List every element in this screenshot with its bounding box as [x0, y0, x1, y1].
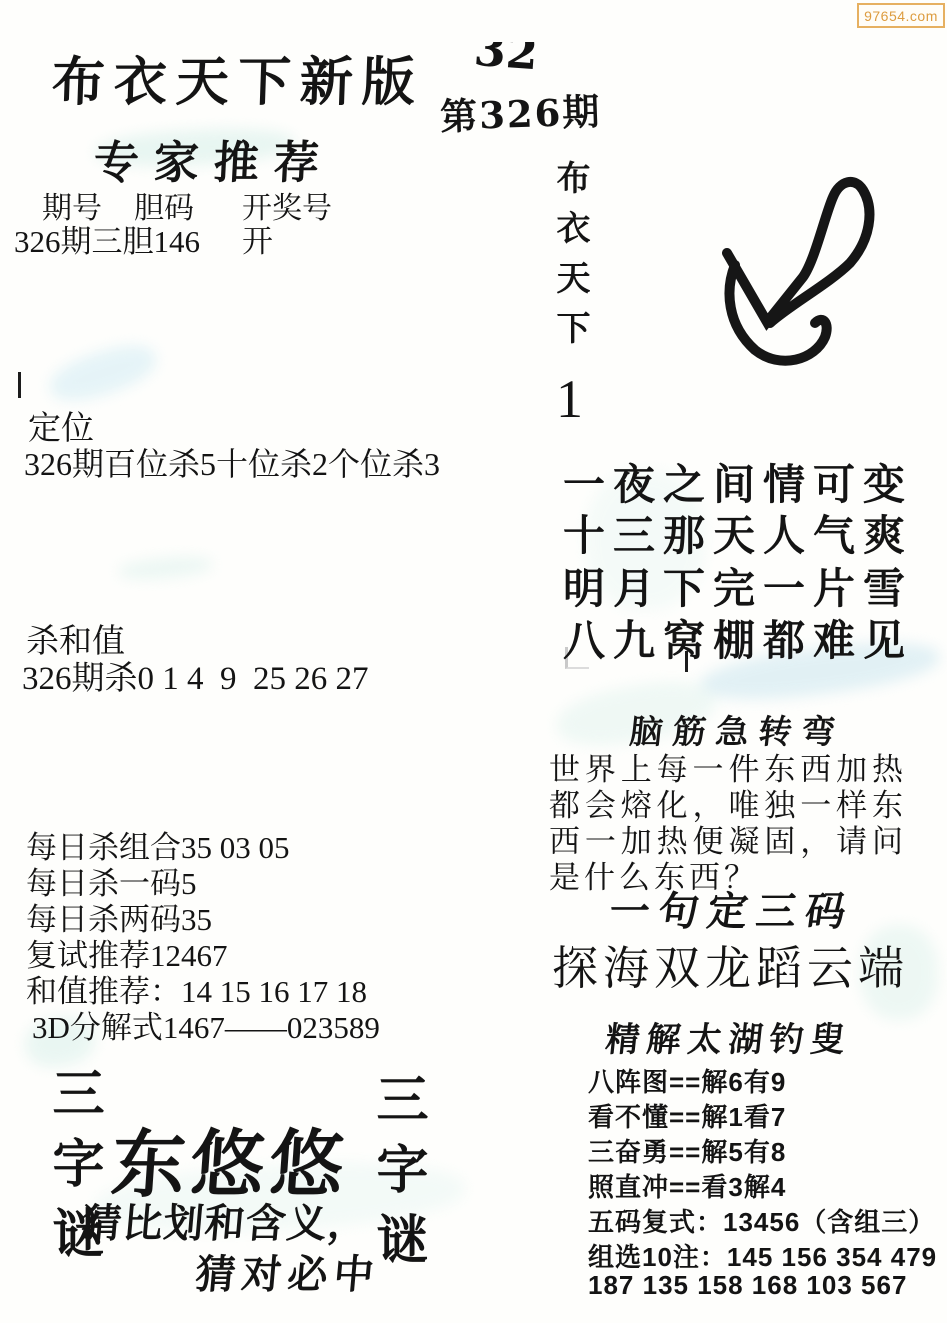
- taihu-line-6: 组选10注：145 156 354 479: [588, 1237, 937, 1274]
- site-url-badge[interactable]: 97654.com: [857, 3, 945, 28]
- issue-overflow-digits: 32: [472, 42, 540, 76]
- riddle3-hint1: 猜比划和含义，: [80, 1192, 372, 1249]
- handwritten-scribble-glyph: [655, 165, 940, 380]
- issue-overflow-clip: 32: [466, 42, 540, 76]
- lottery-sheet-page: 97654.com 布衣天下新版 32 第326期 专家推荐 期号 胆码 开奖号…: [0, 0, 947, 1323]
- taihu-line-7: 187 135 158 168 103 567: [588, 1270, 907, 1301]
- taihu-line-3: 三奋勇==解5有8: [588, 1132, 786, 1169]
- taihu-line-2: 看不懂==解1看7: [588, 1097, 786, 1134]
- dingwei-text: 326期百位杀5十位杀2个位杀3: [24, 439, 440, 485]
- riddle3-left-label: 三字谜: [36, 1066, 111, 1306]
- watermark-smudge: [44, 336, 162, 410]
- brain-teaser-title: 脑筋急转弯: [628, 706, 848, 753]
- riddle3-hint2: 猜对必中: [194, 1243, 383, 1300]
- one-sentence-text: 探海双龙蹈云端: [552, 932, 909, 998]
- expert-section-title: 专家推荐: [92, 126, 335, 191]
- table-row-issue-dan: 326期三胆146: [14, 216, 200, 261]
- verse-line-4: 八九窝棚都难见: [563, 608, 915, 668]
- brain-teaser-body: 世界上每一件东西加热都会熔化，唯独一样东西一加热便凝固，请问是什么东西？: [549, 752, 907, 896]
- table-row-draw: 开: [242, 216, 273, 261]
- taihu-title: 精解太湖钓叟: [603, 1012, 854, 1061]
- scan-tick-mark: [18, 372, 21, 398]
- taihu-line-4: 照直冲==看3解4: [588, 1167, 786, 1204]
- one-sentence-title: 一句定三码: [606, 880, 859, 937]
- taihu-line-5: 五码复式：13456（含组三）: [588, 1202, 935, 1239]
- taihu-line-1: 八阵图==解6有9: [588, 1062, 786, 1099]
- verse-line-3: 明月下完一片雪: [563, 556, 915, 616]
- verse-line-2: 十三那天人气爽: [563, 503, 915, 563]
- big-number-1: 1: [556, 368, 583, 430]
- vertical-brand-title: 布衣天下: [546, 160, 595, 360]
- decompose-formula: 3D分解式1467——023589: [32, 1002, 380, 1047]
- shahezhi-text: 326期杀0 1 4 9 25 26 27: [22, 652, 369, 699]
- sheet-title: 布衣天下新版: [51, 40, 426, 116]
- issue-number: 第326期: [439, 81, 602, 141]
- watermark-smudge: [117, 554, 213, 582]
